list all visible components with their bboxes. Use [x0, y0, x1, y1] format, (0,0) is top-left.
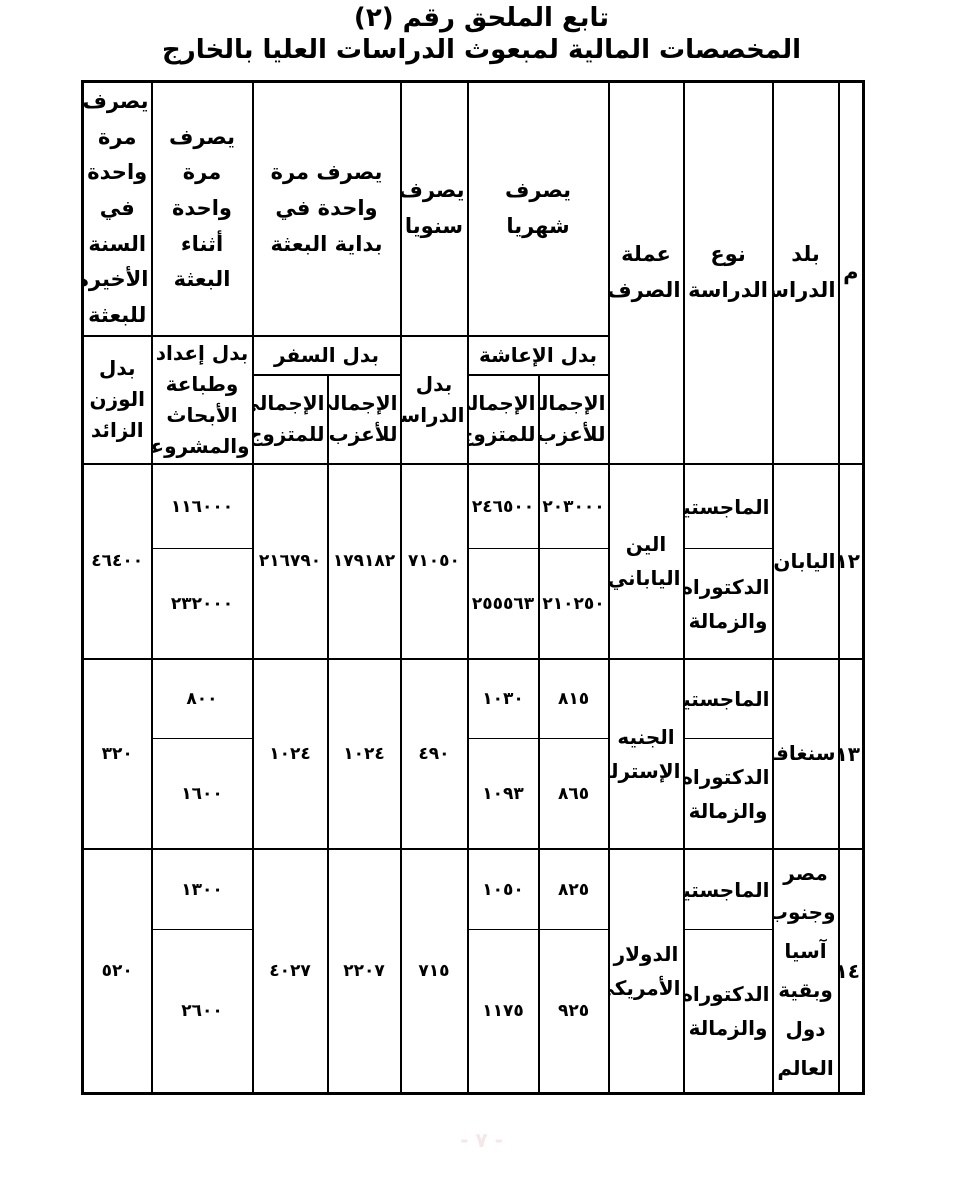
header-study-allowance: بدل الدراسة	[401, 336, 468, 464]
cell-currency: الين الياباني	[609, 464, 684, 659]
cell-subsistence-married: ١٠٥٠	[468, 849, 539, 930]
header-annual-group: يصرف سنويا	[401, 82, 468, 336]
page-title-line2: المخصصات المالية لمبعوث الدراسات العليا …	[0, 34, 963, 66]
cell-travel-single: ١٧٩١٨٢	[328, 464, 401, 659]
cell-study-allowance: ٧١٥	[401, 849, 468, 1094]
document-page: تابع الملحق رقم (٢) المخصصات المالية لمب…	[0, 0, 963, 1180]
cell-travel-married: ٢١٦٧٩٠	[253, 464, 328, 659]
table-row-singapore-doctorate: الدكتوراه والزمالة ٨٦٥ ١٠٩٣ ١٦٠٠	[83, 739, 864, 849]
cell-research: ١٦٠٠	[152, 739, 253, 849]
header-no: م	[839, 82, 864, 464]
header-excess-weight-allowance: بدل الوزن الزائد	[83, 336, 152, 464]
table-row-japan-masters: ١٢ اليابان الماجستير الين الياباني ٢٠٣٠٠…	[83, 464, 864, 549]
header-start-of-mission-group: يصرف مرة واحدة في بداية البعثة	[253, 82, 401, 336]
header-travel-total-single: الإجمالي للأعزب	[328, 375, 401, 464]
cell-currency: الجنيه الإسترليني	[609, 659, 684, 849]
cell-study-type-masters: الماجستير	[684, 464, 773, 549]
cell-subsistence-married: ٢٤٦٥٠٠	[468, 464, 539, 549]
cell-subsistence-married: ١٠٣٠	[468, 659, 539, 739]
cell-subsistence-married: ٢٥٥٥٦٣	[468, 549, 539, 659]
cell-country: سنغافورة	[773, 659, 839, 849]
cell-country: مصر وجنوب آسيا وبقية دول العالم	[773, 849, 839, 1094]
cell-subsistence-married: ١١٧٥	[468, 930, 539, 1094]
page-number: - ٧ -	[0, 1128, 963, 1152]
page-title: تابع الملحق رقم (٢) المخصصات المالية لمب…	[0, 2, 963, 66]
header-subsistence-total-single: الإجمالي للأعزب	[539, 375, 609, 464]
cell-research: ٢٦٠٠	[152, 930, 253, 1094]
page-title-line1: تابع الملحق رقم (٢)	[0, 2, 963, 34]
table-row-japan-doctorate: الدكتوراه والزمالة ٢١٠٢٥٠ ٢٥٥٥٦٣ ٢٣٢٠٠٠	[83, 549, 864, 659]
table-row-egypt-masters: ١٤ مصر وجنوب آسيا وبقية دول العالم الماج…	[83, 849, 864, 930]
cell-travel-married: ٤٠٢٧	[253, 849, 328, 1094]
cell-country: اليابان	[773, 464, 839, 659]
cell-research: ١٣٠٠	[152, 849, 253, 930]
cell-excess-weight: ٥٢٠	[83, 849, 152, 1094]
header-during-mission-group: يصرف مرة واحدة أثناء البعثة	[152, 82, 253, 336]
header-monthly-group: يصرف شهريا	[468, 82, 609, 336]
cell-research: ٢٣٢٠٠٠	[152, 549, 253, 659]
cell-no: ١٣	[839, 659, 864, 849]
header-travel-total-married: الإجمالي للمتزوج	[253, 375, 328, 464]
cell-study-type-doctorate: الدكتوراه والزمالة	[684, 739, 773, 849]
cell-subsistence-single: ٨٢٥	[539, 849, 609, 930]
header-subsistence-total-married: الإجمالي للمتزوج	[468, 375, 539, 464]
cell-study-type-doctorate: الدكتوراه والزمالة	[684, 930, 773, 1094]
allocations-table: م بلد الدراسة نوع الدراسة عملة الصرف يصر…	[81, 80, 865, 1095]
cell-no: ١٤	[839, 849, 864, 1094]
cell-study-type-masters: الماجستير	[684, 849, 773, 930]
cell-travel-single: ٢٢٠٧	[328, 849, 401, 1094]
table-row-singapore-masters: ١٣ سنغافورة الماجستير الجنيه الإسترليني …	[83, 659, 864, 739]
header-country: بلد الدراسة	[773, 82, 839, 464]
cell-currency: الدولار الأمريكي	[609, 849, 684, 1094]
header-subsistence-allowance: بدل الإعاشة	[468, 336, 609, 375]
cell-no: ١٢	[839, 464, 864, 659]
cell-travel-single: ١٠٢٤	[328, 659, 401, 849]
header-study-type: نوع الدراسة	[684, 82, 773, 464]
cell-subsistence-married: ١٠٩٣	[468, 739, 539, 849]
cell-study-type-masters: الماجستير	[684, 659, 773, 739]
header-currency: عملة الصرف	[609, 82, 684, 464]
cell-research: ١١٦٠٠٠	[152, 464, 253, 549]
cell-subsistence-single: ٨١٥	[539, 659, 609, 739]
cell-subsistence-single: ٢١٠٢٥٠	[539, 549, 609, 659]
cell-excess-weight: ٣٢٠	[83, 659, 152, 849]
cell-study-allowance: ٧١٠٥٠	[401, 464, 468, 659]
table-row-egypt-doctorate: الدكتوراه والزمالة ٩٢٥ ١١٧٥ ٢٦٠٠	[83, 930, 864, 1094]
cell-travel-married: ١٠٢٤	[253, 659, 328, 849]
header-research-printing-allowance: بدل إعداد وطباعة الأبحاث والمشروعات	[152, 336, 253, 464]
cell-excess-weight: ٤٦٤٠٠	[83, 464, 152, 659]
cell-study-type-doctorate: الدكتوراه والزمالة	[684, 549, 773, 659]
header-row-groups: م بلد الدراسة نوع الدراسة عملة الصرف يصر…	[83, 82, 864, 336]
header-travel-allowance: بدل السفر	[253, 336, 401, 375]
header-last-year-group: يصرف مرة واحدة في السنة الأخيرة للبعثة	[83, 82, 152, 336]
cell-subsistence-single: ٨٦٥	[539, 739, 609, 849]
cell-subsistence-single: ٢٠٣٠٠٠	[539, 464, 609, 549]
cell-study-allowance: ٤٩٠	[401, 659, 468, 849]
cell-subsistence-single: ٩٢٥	[539, 930, 609, 1094]
cell-research: ٨٠٠	[152, 659, 253, 739]
